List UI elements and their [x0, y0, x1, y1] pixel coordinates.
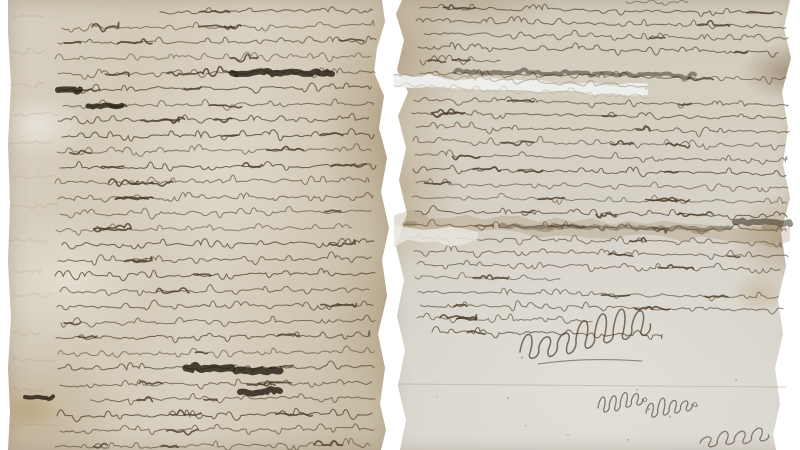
handwriting-ink-layer	[0, 0, 800, 450]
manuscript-photo: Photograph of a two-page aged handwritte…	[0, 0, 800, 450]
